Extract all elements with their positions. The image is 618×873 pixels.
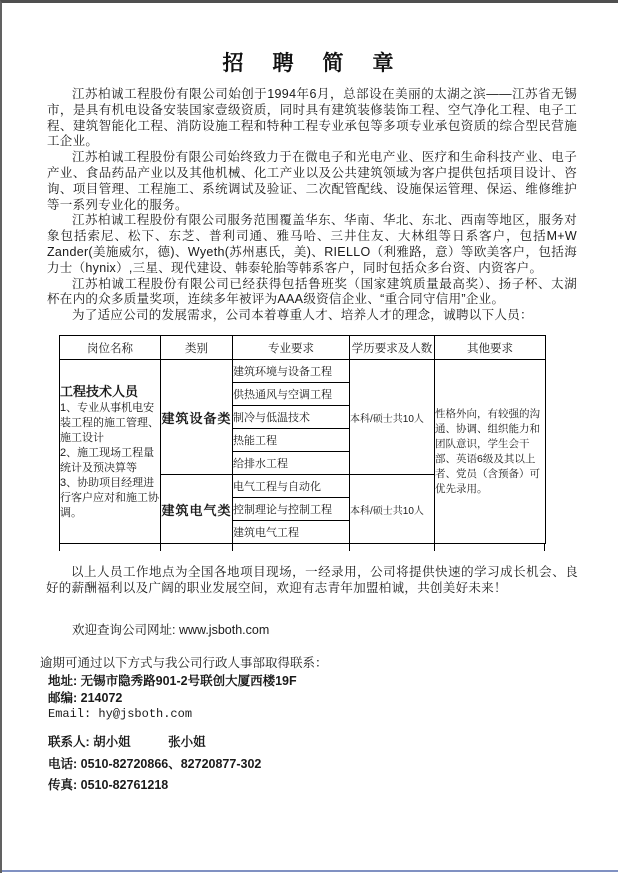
other-requirements-cell: 性格外向，有较强的沟通、协调、组织能力和团队意识，学生会干部、英语6级及其以上者…: [435, 360, 546, 544]
phone-line: 电话: 0510-82720866、82720877-302: [48, 754, 261, 772]
major-item: 控制理论与控制工程: [233, 498, 350, 521]
header-degree-quota: 学历要求及人数: [350, 336, 435, 360]
header-category: 类别: [161, 336, 233, 360]
header-major: 专业要求: [233, 336, 350, 360]
address-line: 地址: 无锡市隐秀路901-2号联创大厦西楼19F: [48, 673, 297, 690]
table-row: 工程技术人员 1、专业从事机电安装工程的施工管理、施工设计 2、施工现场工程量统…: [60, 360, 546, 383]
address-block: 地址: 无锡市隐秀路901-2号联创大厦西楼19F 邮编: 214072 Ema…: [48, 673, 297, 723]
paragraph-awards: 江苏柏诚工程股份有限公司已经获得包括鲁班奖（国家建筑质量最高奖）、扬子杯、太湖杯…: [47, 277, 577, 309]
closing-section: 以上人员工作地点为全国各地项目现场，一经录用，公司将提供快速的学习成长机会、良好…: [46, 564, 578, 596]
major-item: 热能工程: [233, 429, 350, 452]
major-item: 制冷与低温技术: [233, 406, 350, 429]
page-title: 招 聘 简 章: [2, 47, 618, 77]
contact-intro-line: 逾期可通过以下方式与我公司行政人事部取得联系：: [40, 653, 328, 671]
major-item: 给排水工程: [233, 452, 350, 475]
major-item: 电气工程与自动化: [233, 475, 350, 498]
intro-section: 江苏柏诚工程股份有限公司始创于1994年6月，总部设在美丽的太湖之滨——江苏省无…: [47, 87, 577, 324]
category-electrical: 建筑电气类: [161, 475, 233, 544]
website-line: 欢迎查询公司网址: www.jsboth.com: [47, 620, 577, 638]
fax-line: 传真: 0510-82761218: [48, 775, 168, 793]
paragraph-company-history: 江苏柏诚工程股份有限公司始创于1994年6月，总部设在美丽的太湖之滨——江苏省无…: [47, 87, 577, 150]
position-cell: 工程技术人员 1、专业从事机电安装工程的施工管理、施工设计 2、施工现场工程量统…: [60, 360, 161, 544]
paragraph-services: 江苏柏诚工程股份有限公司始终致力于在微电子和光电产业、医疗和生命科技产业、电子产…: [47, 150, 577, 213]
position-duty: 3、协助项目经理进行客户应对和施工协调。: [60, 476, 160, 521]
paragraph-recruit-lead: 为了适应公司的发展需求，公司本着尊重人才、培养人才的理念，诚聘以下人员：: [47, 308, 577, 324]
email-line: Email: hy@jsboth.com: [48, 706, 297, 723]
position-duty: 1、专业从事机电安装工程的施工管理、施工设计: [60, 401, 160, 446]
header-position: 岗位名称: [60, 336, 161, 360]
page-bottom-rule: [2, 870, 618, 872]
major-item: 供热通风与空调工程: [233, 383, 350, 406]
header-other: 其他要求: [435, 336, 546, 360]
table-header-row: 岗位名称 类别 专业要求 学历要求及人数 其他要求: [60, 336, 546, 360]
paragraph-clients: 江苏柏诚工程股份有限公司服务范围覆盖华东、华南、华北、东北、西南等地区，服务对象…: [47, 213, 577, 276]
position-duty: 2、施工现场工程量统计及预决算等: [60, 446, 160, 476]
recruitment-table: 岗位名称 类别 专业要求 学历要求及人数 其他要求 工程技术人员 1、专业从事机…: [59, 335, 546, 544]
paragraph-closing: 以上人员工作地点为全国各地项目现场，一经录用，公司将提供快速的学习成长机会、良好…: [46, 564, 578, 596]
major-item: 建筑电气工程: [233, 521, 350, 544]
contact-person-line: 联系人: 胡小姐 张小姐: [48, 732, 206, 750]
major-item: 建筑环境与设备工程: [233, 360, 350, 383]
document-page: 招 聘 简 章 江苏柏诚工程股份有限公司始创于1994年6月，总部设在美丽的太湖…: [0, 0, 618, 873]
position-title: 工程技术人员: [60, 383, 160, 401]
postcode-line: 邮编: 214072: [48, 690, 297, 707]
quota-electrical: 本科/硕士共10人: [350, 475, 435, 544]
quota-equipment: 本科/硕士共10人: [350, 360, 435, 475]
category-equipment: 建筑设备类: [161, 360, 233, 475]
